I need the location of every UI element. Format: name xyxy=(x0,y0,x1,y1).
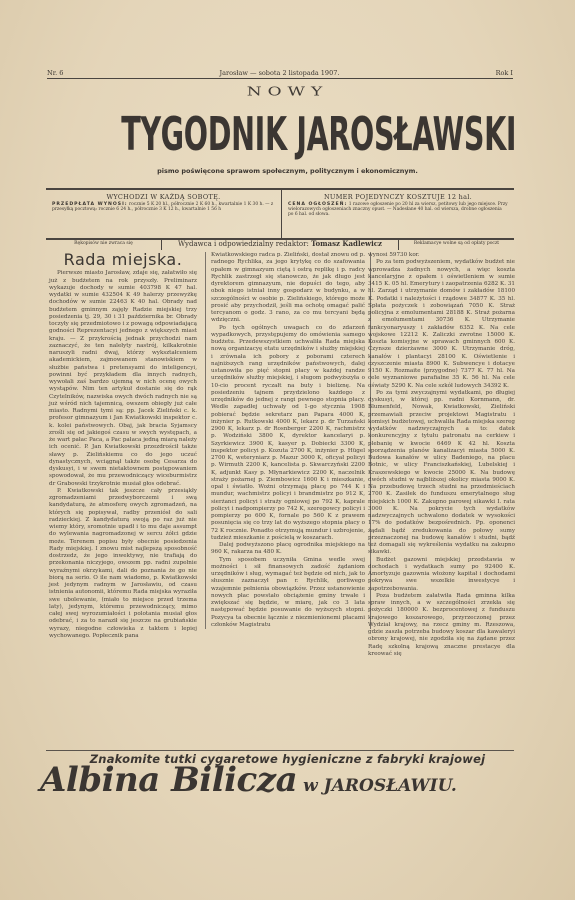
paragraph: Kwiatkowskiego radca p. Zieliński, dosta… xyxy=(211,252,365,325)
subscription-box: WYCHODZI W KAŻDĄ SOBOTĘ. PRZEDPŁATA WYNO… xyxy=(46,190,282,238)
newspaper-subtitle: pismo poświęcone sprawom społecznym, pol… xyxy=(0,167,575,175)
masthead-header-line: Nr. 6 Jarosław — sobota 2 listopada 1907… xyxy=(47,63,513,79)
article-column-3: wynosi 59730 kor. Po za tem podwyższenie… xyxy=(368,252,515,658)
title-nowy: NOWY xyxy=(0,85,575,99)
article-title: Rada miejska. xyxy=(49,256,197,263)
issue-number: Nr. 6 xyxy=(47,69,63,77)
paragraph: Po za tem podwyższeniem, wydatków budżet… xyxy=(368,259,515,390)
column-bottom-rule xyxy=(46,750,514,751)
newspaper-title: TYGODNIK JAROSŁAWSKI xyxy=(121,107,441,161)
ad-prices-box: NUMER POJEDYNCZY KOSZTUJE 12 hal. CENA O… xyxy=(282,190,514,238)
ad-prices: CENA OGŁOSZEŃ: 1 razowe ogłoszenie po 20… xyxy=(282,201,514,218)
ad-company-name: Albina Bilicza xyxy=(40,760,297,800)
editor-band: Rękopisów nie zwraca się Wydawca i odpow… xyxy=(46,238,514,250)
paragraph: P. Kwiatkowski tak jeszcze cały przesiąk… xyxy=(49,488,197,640)
complaints-note: Reklamacye wolne są od opłaty poczt xyxy=(399,238,514,250)
paragraph: Dalej podwyższono płacę ogrodnika miejsk… xyxy=(211,542,365,557)
paragraph: Po za tymi zwyczajnymi wydatkami, po dłu… xyxy=(368,390,515,557)
paragraph: Poza budżetem załatwiła Rada gminna kilk… xyxy=(368,593,515,658)
dateline: Jarosław — sobota 2 listopada 1907. xyxy=(220,69,340,77)
ad-company-place: w JAROSŁAWIU. xyxy=(303,776,457,796)
subscription-info-band: WYCHODZI W KAŻDĄ SOBOTĘ. PRZEDPŁATA WYNO… xyxy=(46,188,514,240)
ad-company: Albina Biliczaw JAROSŁAWIU. xyxy=(40,760,457,800)
paragraph: Tym sposobem uczyniła Gmina wedle swej m… xyxy=(211,557,365,630)
article-column-1: Rada miejska. Pierwsze miasto Jarosław, … xyxy=(49,252,197,640)
editor-credit: Wydawca i odpowiedzialny redaktor: Tomas… xyxy=(162,238,399,250)
paragraph: Po tych ogólnych uwagach co do zdarzeń w… xyxy=(211,325,365,543)
editor-credit-prefix: Wydawca i odpowiedzialny redaktor: xyxy=(178,240,311,248)
single-issue-price: NUMER POJEDYNCZY KOSZTUJE 12 hal. xyxy=(282,193,514,201)
manuscripts-note: Rękopisów nie zwraca się xyxy=(46,238,162,250)
year-label: Rok I xyxy=(496,69,513,77)
paragraph: Pierwsze miasto Jarosław, zdaje się, zał… xyxy=(49,270,197,488)
paragraph: Budżet gazowni miejskiej przedstawia w d… xyxy=(368,557,515,593)
article-column-2: Kwiatkowskiego radca p. Zieliński, dosta… xyxy=(205,252,371,629)
publication-schedule: WYCHODZI W KAŻDĄ SOBOTĘ. xyxy=(46,193,281,201)
editor-name: Tomasz Kadlewicz xyxy=(311,239,382,248)
subscription-prices: PRZEDPŁATA WYNOSI: rocznie 5 K 20 hl., p… xyxy=(46,201,281,213)
